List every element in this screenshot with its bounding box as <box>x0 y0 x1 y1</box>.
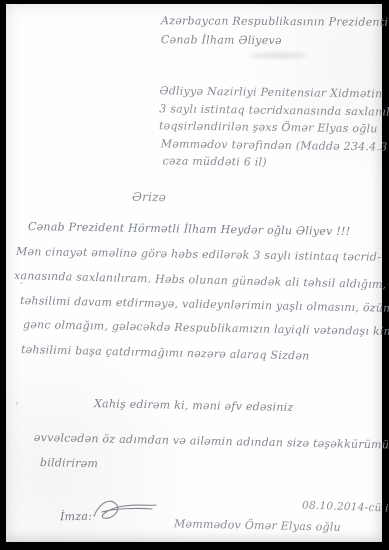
scan-speck <box>16 402 18 405</box>
sender-block: Ədliyyə Nazirliyi Penitensiar Xidmətin 3… <box>158 82 389 173</box>
closing-block: əvvəlcədən öz adımdan və ailəmin adından… <box>34 425 389 475</box>
document-heading: Ərizə <box>132 188 166 208</box>
addressee-block: Azərbaycan Respublikasının Prezidenti Cə… <box>161 11 388 51</box>
addressee-line: Cənab İlham Əliyevə <box>161 30 388 51</box>
request-line: Xahiş edirəm ki, məni əfv edəsiniz <box>94 394 294 417</box>
signature-scribble <box>90 496 170 524</box>
signature-label: İmza: <box>60 507 92 527</box>
scan-speck <box>20 282 23 284</box>
signature-name: Məmmədov Ömər Elyas oğlu <box>174 514 341 536</box>
body-paragraph: Cənab Prezident Hörmətli İlham Heydər oğ… <box>14 215 389 362</box>
addressee-line: Azərbaycan Respublikasının Prezidenti <box>161 11 388 32</box>
signature-date: 08.10.2014-cü il <box>302 496 389 518</box>
paper-sheet: Azərbaycan Respublikasının Prezidenti Cə… <box>6 4 382 542</box>
scan-speck <box>368 124 370 126</box>
scanned-document-frame: Azərbaycan Respublikasının Prezidenti Cə… <box>0 0 389 550</box>
sender-line: cəza müddəti 6 il) <box>162 152 389 173</box>
scan-smudge <box>249 53 307 58</box>
